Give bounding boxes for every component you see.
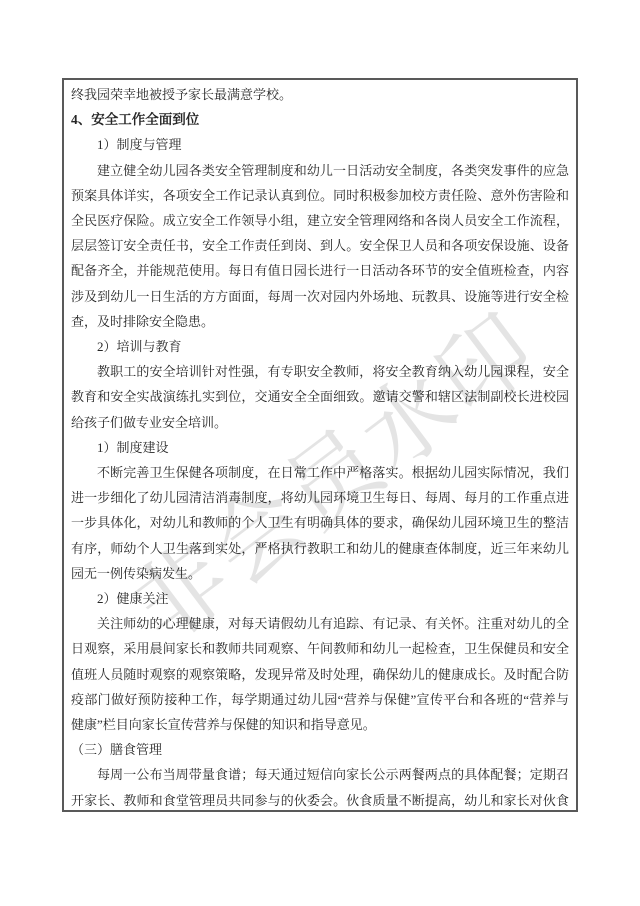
sub-heading-training-education: 2）培训与教育: [71, 334, 569, 359]
document-border-box: 终我园荣幸地被授予家长最满意学校。 4、安全工作全面到位 1）制度与管理 建立健…: [62, 78, 578, 812]
section-heading: 4、安全工作全面到位: [71, 107, 569, 132]
paragraph-continuation: 终我园荣幸地被授予家长最满意学校。: [71, 82, 569, 107]
paragraph-training-education-body: 教职工的安全培训针对性强，有专职安全教师，将安全教育纳入幼儿园课程，安全教育和安…: [71, 359, 569, 435]
paragraph-system-management-body: 建立健全幼儿园各类安全管理制度和幼儿一日活动安全制度，各类突发事件的应急预案具体…: [71, 158, 569, 334]
paragraph-meal-management-body: 每周一公布当周带量食谱；每天通过短信向家长公示两餐两点的具体配餐；定期召开家长、…: [71, 762, 569, 812]
sub-heading-health-attention: 2）健康关注: [71, 586, 569, 611]
paragraph-system-construction-body: 不断完善卫生保健各项制度，在日常工作中严格落实。根据幼儿园实际情况，我们进一步细…: [71, 460, 569, 586]
document-page: 非会员水印 终我园荣幸地被授予家长最满意学校。 4、安全工作全面到位 1）制度与…: [0, 0, 640, 906]
sub-heading-system-construction: 1）制度建设: [71, 435, 569, 460]
sub-section-heading-meal-management: （三）膳食管理: [71, 737, 569, 762]
sub-heading-system-management: 1）制度与管理: [71, 132, 569, 157]
paragraph-health-attention-body: 关注师幼的心理健康，对每天请假幼儿有追踪、有记录、有关怀。注重对幼儿的全日观察，…: [71, 611, 569, 737]
